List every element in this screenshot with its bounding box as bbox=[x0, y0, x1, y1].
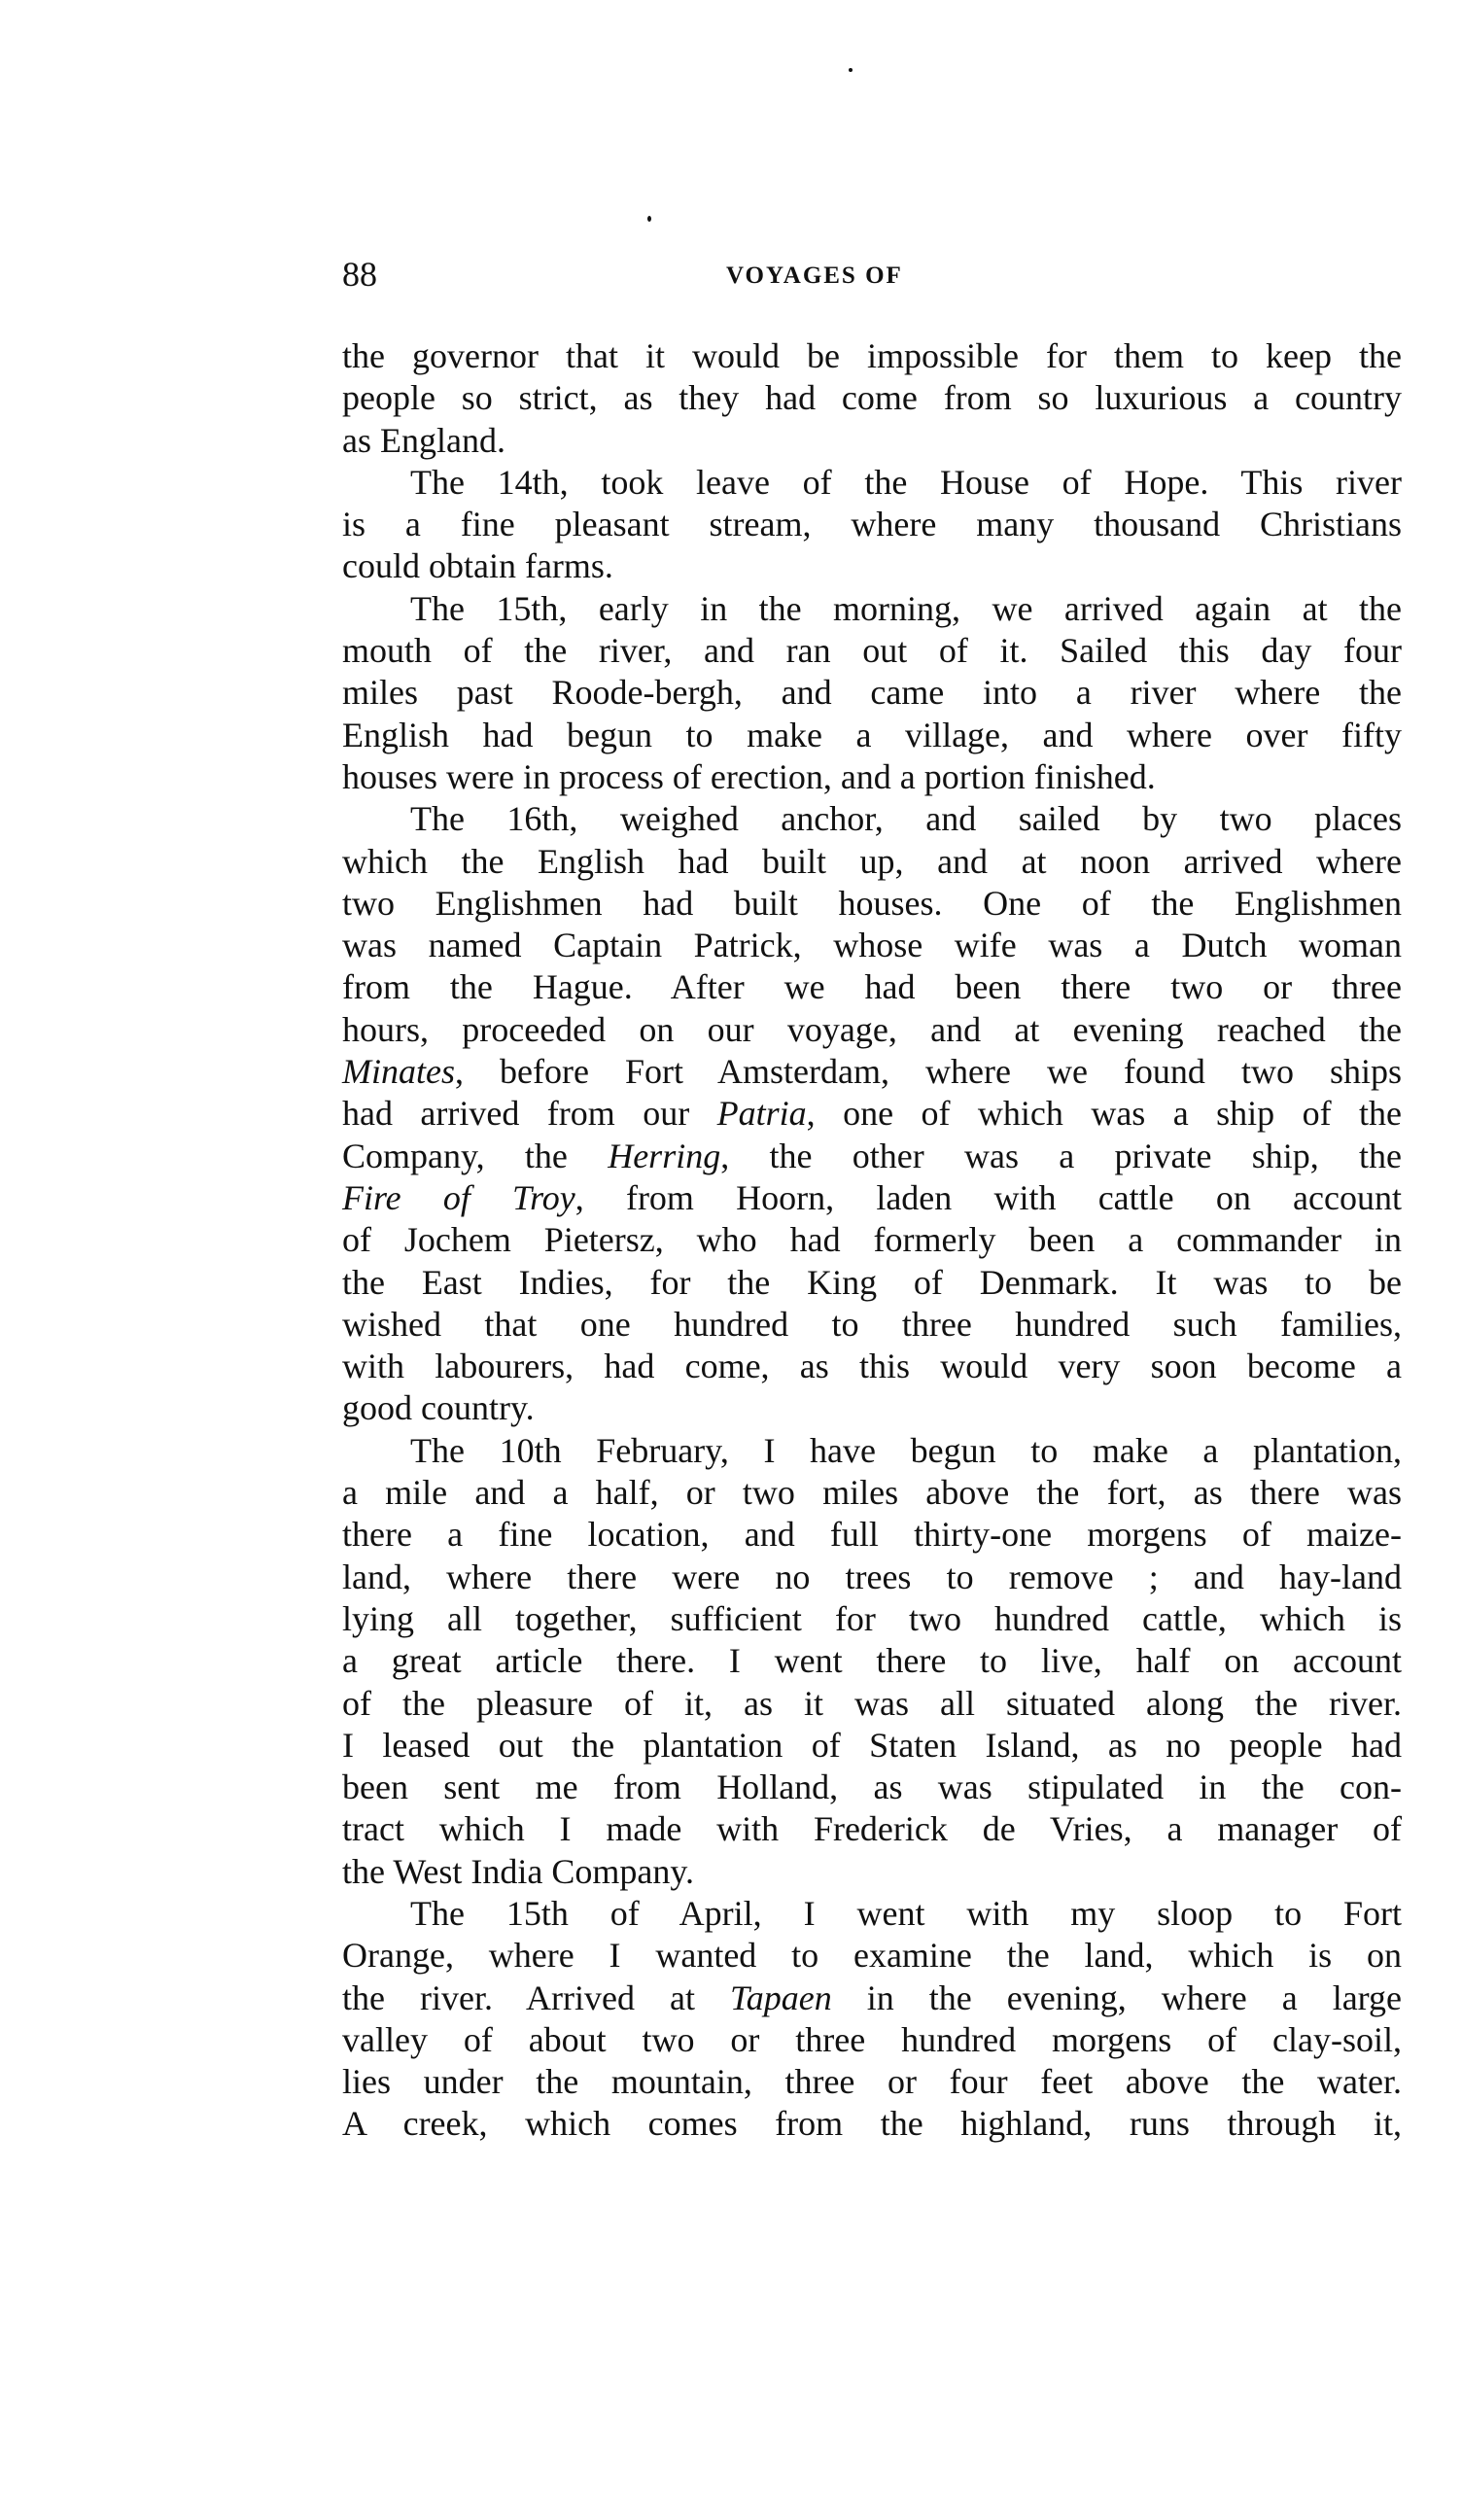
text-segment: Company, the bbox=[342, 1137, 608, 1175]
text-segment: had arrived from our bbox=[342, 1094, 717, 1133]
text-line: I leased out the plantation of Staten Is… bbox=[342, 1725, 1402, 1767]
scan-speck bbox=[849, 68, 853, 72]
text-segment: , from Hoorn, laden with cattle on accou… bbox=[575, 1178, 1402, 1217]
page-number: 88 bbox=[342, 253, 377, 296]
text-line: had arrived from our Patria, one of whic… bbox=[342, 1093, 1402, 1135]
body-text: the governor that it would be impossible… bbox=[342, 335, 1402, 2146]
text-line: could obtain farms. bbox=[342, 545, 1402, 587]
text-line: The 15th, early in the morning, we arriv… bbox=[342, 588, 1402, 630]
text-line: Minates, before Fort Amsterdam, where we… bbox=[342, 1051, 1402, 1093]
italic-text: Minates bbox=[342, 1052, 455, 1091]
text-line: as England. bbox=[342, 420, 1402, 462]
text-line: of Jochem Pietersz, who had formerly bee… bbox=[342, 1219, 1402, 1261]
text-line: a great article there. I went there to l… bbox=[342, 1640, 1402, 1682]
text-line: houses were in process of erection, and … bbox=[342, 756, 1402, 798]
text-line: wished that one hundred to three hundred… bbox=[342, 1304, 1402, 1346]
text-line: from the Hague. After we had been there … bbox=[342, 966, 1402, 1008]
text-line: Fire of Troy, from Hoorn, laden with cat… bbox=[342, 1177, 1402, 1219]
text-line: good country. bbox=[342, 1387, 1402, 1429]
text-line: the governor that it would be impossible… bbox=[342, 335, 1402, 377]
text-segment: in the evening, where a large bbox=[832, 1978, 1402, 2017]
text-line: two Englishmen had built houses. One of … bbox=[342, 883, 1402, 925]
text-line: Orange, where I wanted to examine the la… bbox=[342, 1935, 1402, 1977]
text-line: a mile and a half, or two miles above th… bbox=[342, 1472, 1402, 1514]
text-line: with labourers, had come, as this would … bbox=[342, 1346, 1402, 1387]
text-segment: , before Fort Amsterdam, where we found … bbox=[455, 1052, 1402, 1091]
text-line: A creek, which comes from the highland, … bbox=[342, 2103, 1402, 2145]
text-line: Company, the Herring, the other was a pr… bbox=[342, 1136, 1402, 1177]
text-line: The 15th of April, I went with my sloop … bbox=[342, 1893, 1402, 1935]
text-segment: , the other was a private ship, the bbox=[720, 1137, 1402, 1175]
text-line: valley of about two or three hundred mor… bbox=[342, 2019, 1402, 2061]
text-line: was named Captain Patrick, whose wife wa… bbox=[342, 925, 1402, 966]
text-line: the river. Arrived at Tapaen in the even… bbox=[342, 1977, 1402, 2019]
text-line: people so strict, as they had come from … bbox=[342, 377, 1402, 419]
italic-text: Tapaen bbox=[730, 1978, 832, 2017]
text-line: The 10th February, I have begun to make … bbox=[342, 1430, 1402, 1472]
text-line: mouth of the river, and ran out of it. S… bbox=[342, 630, 1402, 672]
text-line: tract which I made with Frederick de Vri… bbox=[342, 1808, 1402, 1850]
italic-text: Fire of Troy bbox=[342, 1178, 575, 1217]
text-line: which the English had built up, and at n… bbox=[342, 841, 1402, 883]
italic-text: Patria bbox=[717, 1094, 807, 1133]
running-head: 88 VOYAGES OF bbox=[342, 253, 1402, 296]
text-line: hours, proceeded on our voyage, and at e… bbox=[342, 1009, 1402, 1051]
text-line: is a fine pleasant stream, where many th… bbox=[342, 504, 1402, 545]
text-line: lies under the mountain, three or four f… bbox=[342, 2061, 1402, 2103]
text-line: the West India Company. bbox=[342, 1851, 1402, 1893]
text-line: lying all together, sufficient for two h… bbox=[342, 1598, 1402, 1640]
running-title: VOYAGES OF bbox=[726, 257, 903, 296]
text-segment: the river. Arrived at bbox=[342, 1978, 730, 2017]
italic-text: Herring bbox=[608, 1137, 720, 1175]
text-line: there a fine location, and full thirty-o… bbox=[342, 1514, 1402, 1556]
text-line: The 16th, weighed anchor, and sailed by … bbox=[342, 798, 1402, 840]
text-line: been sent me from Holland, as was stipul… bbox=[342, 1767, 1402, 1808]
text-segment: , one of which was a ship of the bbox=[807, 1094, 1402, 1133]
text-line: The 14th, took leave of the House of Hop… bbox=[342, 462, 1402, 504]
text-line: English had begun to make a village, and… bbox=[342, 715, 1402, 756]
text-line: land, where there were no trees to remov… bbox=[342, 1557, 1402, 1598]
text-line: the East Indies, for the King of Denmark… bbox=[342, 1262, 1402, 1304]
text-line: miles past Roode-bergh, and came into a … bbox=[342, 672, 1402, 714]
text-line: of the pleasure of it, as it was all sit… bbox=[342, 1683, 1402, 1725]
scan-speck bbox=[647, 216, 651, 222]
